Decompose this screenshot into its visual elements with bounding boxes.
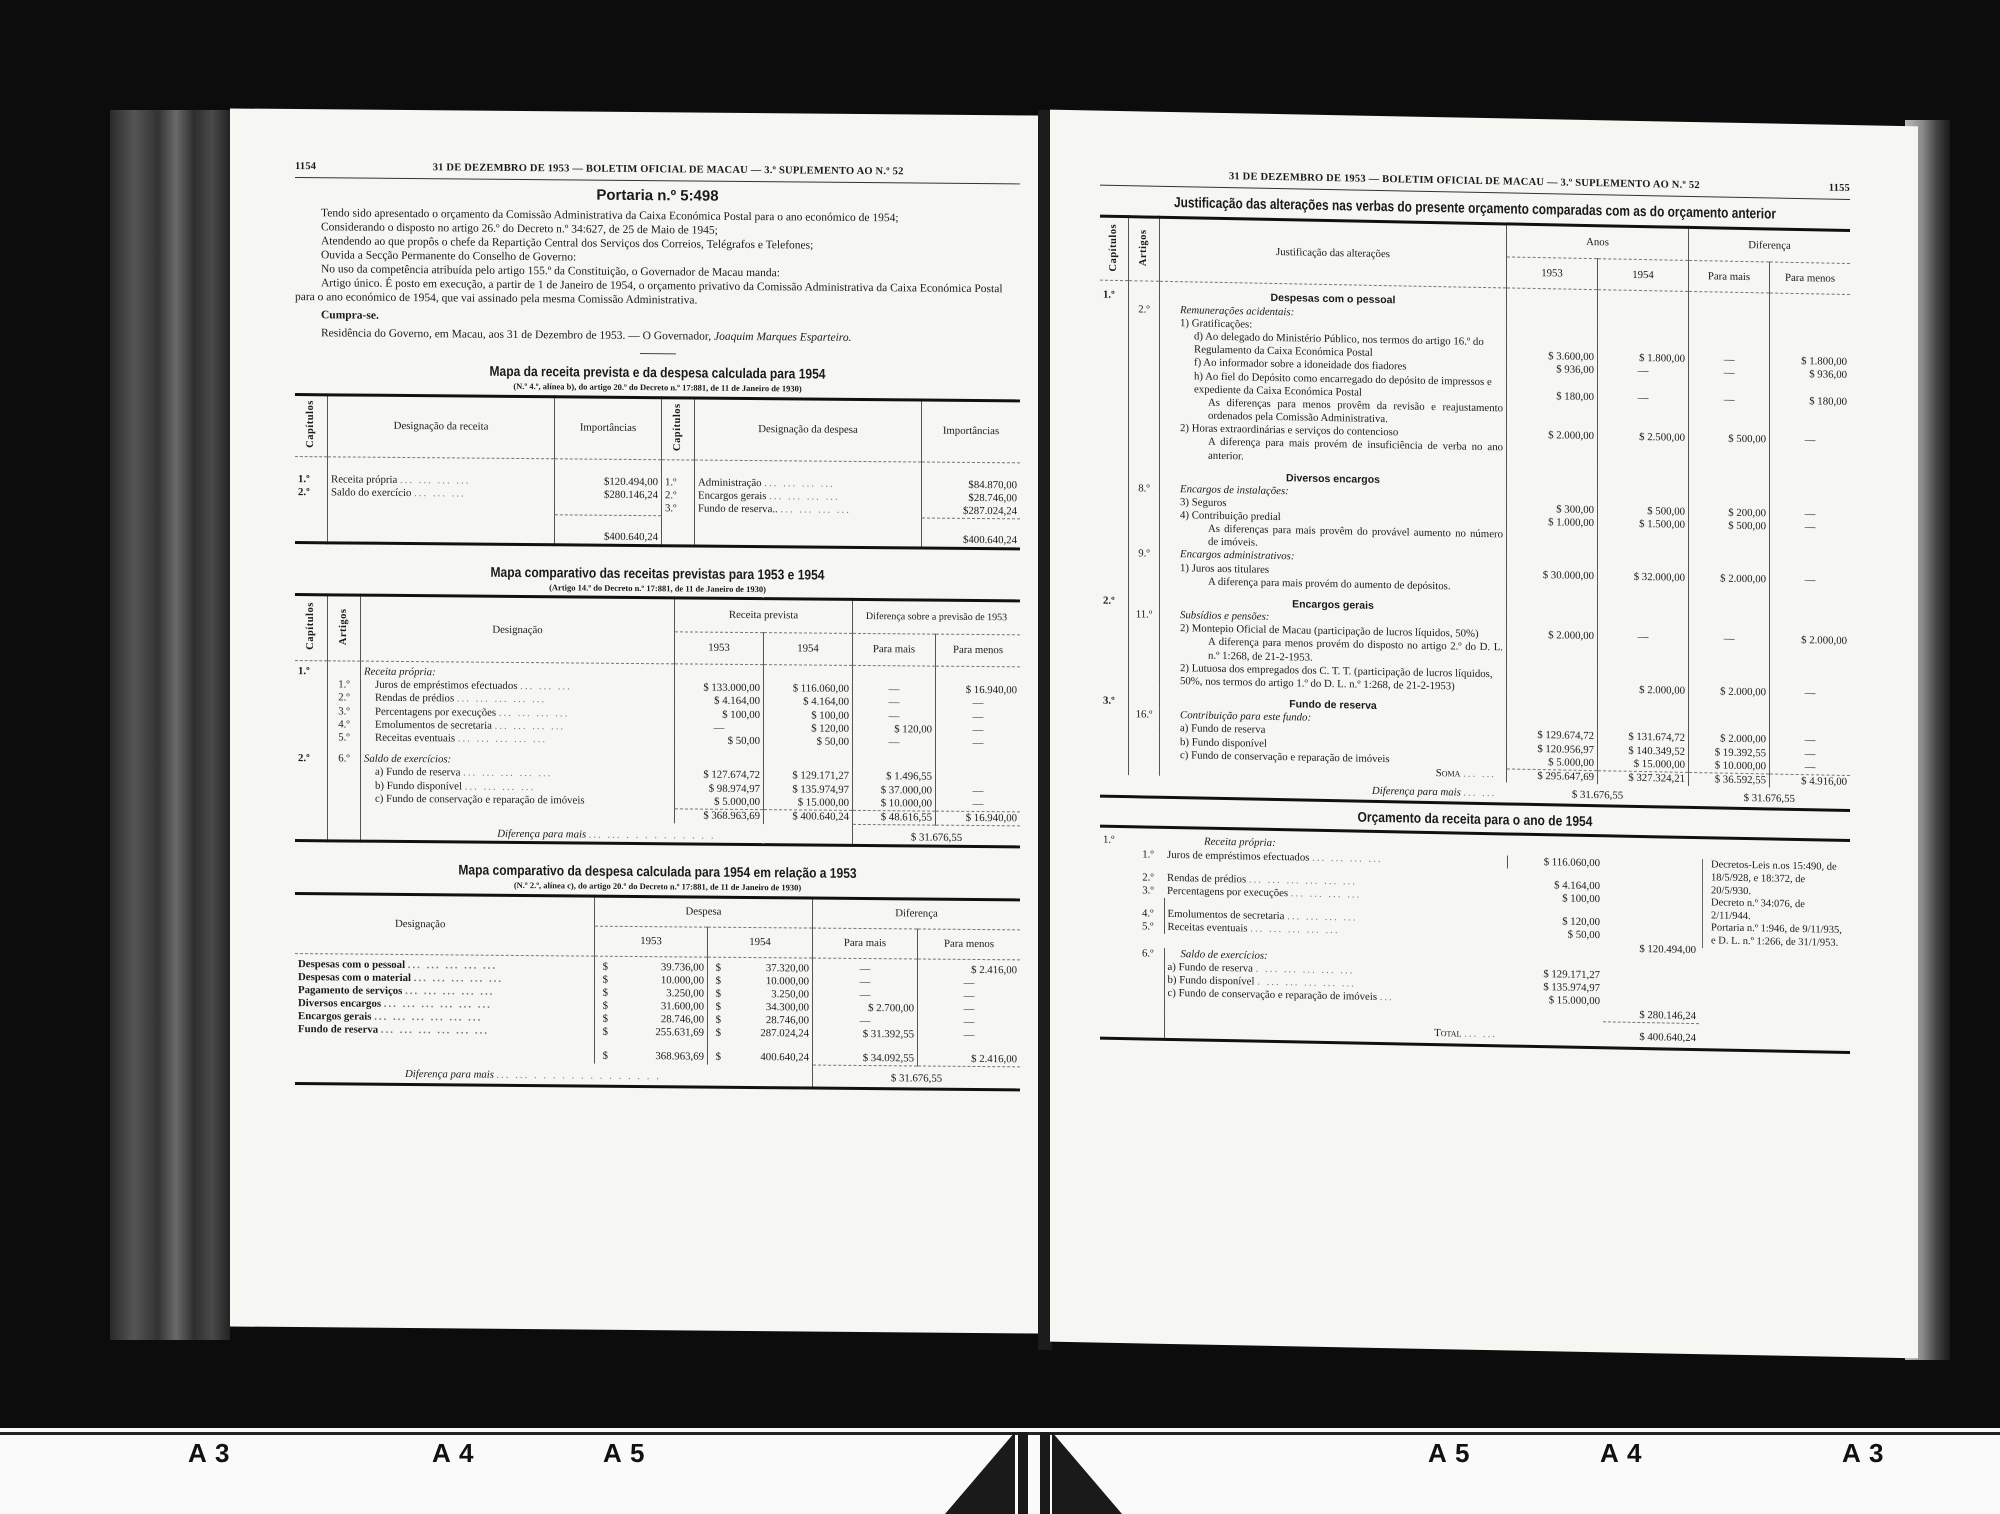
cell: Receitas eventuais (375, 732, 455, 745)
signatory: Joaquim Marques Esparteiro. (714, 331, 851, 344)
cell (1100, 721, 1129, 735)
cell: $ 120,00 (853, 723, 936, 737)
cell (1689, 292, 1770, 315)
col-header: Designação (361, 595, 675, 664)
film-marker: A 4 (432, 1438, 475, 1469)
cell: — (918, 1016, 1021, 1030)
cell (1770, 407, 1851, 435)
cell: Despesas com o pessoal (298, 958, 405, 971)
cell (1129, 461, 1160, 482)
cell (1100, 329, 1129, 356)
totals-row: $400.640,24 $400.640,24 (295, 513, 1020, 549)
col-header: 1954 (1598, 259, 1689, 292)
col-header: Para mais (1689, 261, 1770, 294)
center-wedge-left-icon (945, 1432, 1015, 1514)
left-page-content: 1154 31 DE DEZEMBRO DE 1953 — BOLETIM OF… (295, 161, 1020, 1091)
portaria-title: Portaria n.º 5:498 (295, 184, 1020, 209)
cell: a) Fundo de reserva (375, 766, 460, 779)
cell: 1.º (295, 661, 328, 679)
cell (1507, 594, 1598, 617)
cell: 2.º (662, 489, 695, 502)
cell (1129, 621, 1160, 635)
center-wedge-bar (1018, 1432, 1028, 1514)
cell: $ 2.000,00 (1598, 670, 1689, 698)
cell: Receitas eventuais (1168, 921, 1248, 935)
page-number: 1155 (1829, 183, 1850, 196)
cell (1129, 395, 1160, 422)
cell (1129, 722, 1160, 736)
cell: $ 100,00 (675, 708, 764, 722)
cell (1100, 621, 1129, 635)
cell (1770, 700, 1851, 723)
right-page: 31 DE DEZEMBRO DE 1953 — BOLETIM OFICIAL… (1050, 110, 1918, 1359)
cell: Fundo de reserva.. (698, 503, 778, 516)
cell: — (936, 710, 1021, 724)
cell: 9.º (1129, 548, 1160, 562)
cell (1507, 668, 1598, 696)
cell: 3.º (328, 705, 361, 718)
cell (1507, 288, 1598, 311)
portaria-paragraph: Artigo único. É posto em execução, a par… (295, 276, 1020, 310)
cell (1100, 608, 1129, 622)
col-header: Despesa (595, 896, 813, 929)
soma-label: Soma (1436, 768, 1461, 780)
cell: 10.000,00 (766, 975, 809, 987)
film-marker-label: A 5 (603, 1438, 646, 1468)
diferenca-label: Diferença para mais (1372, 785, 1461, 799)
cell: — (853, 736, 936, 750)
cell: $ 133.000,00 (675, 682, 764, 696)
film-marker-label: A 3 (1842, 1438, 1885, 1468)
cell (1129, 508, 1160, 522)
cell: 5.º (328, 731, 361, 744)
cell (1100, 315, 1129, 329)
cell (1689, 598, 1770, 621)
cell (1770, 599, 1851, 622)
cell: $ 50,00 (764, 735, 853, 749)
cell (1129, 495, 1160, 509)
mapa-comparativo-receitas-table: Capítulos Artigos Designação Receita pre… (295, 593, 1020, 848)
col-header: Diferença (813, 898, 1021, 931)
film-marker-label: A 4 (432, 1438, 475, 1468)
col-header: Designação da despesa (695, 398, 922, 462)
cell: 2.º (295, 744, 328, 765)
cell: 368.963,69 (655, 1051, 704, 1063)
cell (1689, 698, 1770, 721)
cell: Fundo de reserva (298, 1024, 378, 1037)
cell (1129, 316, 1160, 330)
cell (1689, 532, 1770, 560)
film-marker-label: A 3 (188, 1438, 231, 1468)
cell: $ 98.974,97 (675, 782, 764, 796)
cell (1770, 647, 1851, 675)
cell: — (853, 683, 936, 697)
cell: — (1689, 340, 1770, 368)
cell (1129, 521, 1160, 548)
cell (1598, 596, 1689, 619)
cell (1598, 470, 1689, 493)
cell: $ 1.800,00 (1598, 338, 1689, 366)
film-marker: A 5 (603, 1438, 646, 1469)
cell: 16.º (1129, 708, 1160, 722)
cell: $ 2.000,00 (1689, 672, 1770, 700)
col-header: Capítulos (672, 403, 685, 451)
cell: — (853, 710, 936, 724)
cell (1598, 696, 1689, 719)
film-marker: A 5 (1428, 1438, 1471, 1469)
cell: 1.º (1100, 281, 1129, 303)
cell: 287.024,24 (968, 505, 1017, 517)
total-despesa: 400.640,24 (968, 533, 1017, 545)
cell (1129, 748, 1160, 762)
cell: $ 4.164,00 (764, 696, 853, 710)
cell: 1.º (1132, 848, 1164, 862)
cell (1100, 547, 1129, 561)
film-marker: A 3 (1842, 1438, 1885, 1469)
cell: 280.146,24 (609, 489, 658, 501)
cell: b) Fundo disponível (1168, 974, 1255, 988)
cell: 37.320,00 (766, 962, 809, 974)
cell (1100, 734, 1129, 748)
cell (1689, 645, 1770, 673)
cell (1770, 293, 1851, 316)
col-header: Designação da receita (328, 394, 555, 458)
col-header: Capítulos (1108, 223, 1121, 271)
cell (1507, 468, 1598, 491)
cell: $ 180,00 (1507, 376, 1598, 404)
cell: $ 4.164,00 (675, 695, 764, 709)
cell: — (918, 976, 1021, 990)
cell: $ 3.600,00 (1507, 336, 1598, 364)
diferenca-value: $ 31.676,55 (853, 824, 1021, 847)
cell: 400.640,24 (760, 1052, 809, 1064)
cell: $ 180,00 (1770, 381, 1851, 409)
cell: $ 34.092,55 (813, 1041, 918, 1066)
cell: 120.494,00 (609, 475, 658, 487)
cell: 28.746,00 (974, 492, 1017, 504)
cell (1129, 421, 1160, 435)
cell: Saldo de exercícios: (361, 745, 675, 769)
col-header: Receita prevista (675, 598, 853, 633)
cell: — (936, 723, 1021, 737)
page-number: 1154 (295, 161, 316, 174)
cell: — (813, 958, 918, 977)
cell (1100, 634, 1129, 661)
cell: 1.º (662, 459, 695, 489)
cell: 3.º (1100, 687, 1129, 709)
cell: Percentagens por execuções (375, 705, 496, 718)
cell: $ 10.000,00 (853, 797, 936, 811)
cell: — (936, 784, 1021, 798)
divider (640, 353, 676, 354)
cell (1129, 687, 1160, 709)
running-head-left: 1154 31 DE DEZEMBRO DE 1953 — BOLETIM OF… (295, 161, 1020, 184)
cell: 10.000,00 (661, 974, 704, 986)
cell (1129, 587, 1160, 609)
cell: $ 127.674,72 (675, 769, 764, 783)
book-page-edges-left (110, 110, 230, 1340)
cell (1100, 394, 1129, 421)
left-page: 1154 31 DE DEZEMBRO DE 1953 — BOLETIM OF… (230, 108, 1038, 1333)
cell: $ 37.000,00 (853, 783, 936, 797)
cell: 39.736,00 (661, 961, 704, 973)
cell (1129, 369, 1160, 396)
cell: 11.º (1129, 608, 1160, 622)
cell: 8.º (1129, 482, 1160, 496)
cell: 6.º (1132, 947, 1164, 961)
legal-ref: Portaria n.º 1:946, de 9/11/935, e D. L.… (1711, 923, 1847, 951)
justificacao-table: Capítulos Artigos Justificação das alter… (1100, 215, 1850, 812)
cell (1100, 368, 1129, 395)
cell: Administração (698, 476, 762, 489)
cell: 4.º (328, 718, 361, 731)
center-wedge-bar (1040, 1432, 1050, 1514)
justificacao-body: 1.ºDespesas com o pessoal2.ºRemunerações… (1100, 281, 1850, 776)
diferenca-value: $ 31.676,55 (1689, 786, 1851, 811)
cell: 1.º (295, 456, 328, 486)
cell: Saldo do exercício (331, 486, 411, 499)
cell (1689, 445, 1770, 473)
cell: Encargos gerais (298, 1010, 371, 1023)
cell: 3.250,00 (666, 987, 704, 999)
cell (1100, 560, 1129, 574)
cell: Despesas com o material (298, 971, 411, 984)
cell: $ 1.800,00 (1770, 341, 1851, 369)
cell: — (936, 737, 1021, 751)
legal-ref: Decretos-Leis n.os 15:490, de 18/5/928, … (1711, 860, 1847, 900)
cell: 31.600,00 (661, 1000, 704, 1012)
running-head-title: 31 DE DEZEMBRO DE 1953 — BOLETIM OFICIAL… (316, 161, 1020, 180)
col-header: Capítulos (305, 400, 318, 448)
col-header: Diferença (1689, 228, 1851, 264)
cell: $ 368.963,69 (675, 809, 764, 824)
cell (1100, 355, 1129, 369)
cell: $ 1.496,55 (853, 770, 936, 784)
right-page-content: 31 DE DEZEMBRO DE 1953 — BOLETIM OFICIAL… (1100, 169, 1850, 1055)
col-header: 1953 (1507, 257, 1598, 290)
cell: $ 31.392,55 (813, 1028, 918, 1042)
cell (1100, 421, 1129, 435)
cell: 28.746,00 (661, 1014, 704, 1026)
cell: $ 16.940,00 (936, 684, 1021, 698)
cell (1770, 534, 1851, 562)
col-header: Designação (295, 893, 595, 956)
cell (1598, 404, 1689, 432)
cell (1129, 661, 1160, 688)
cell: 287.024,24 (760, 1028, 809, 1040)
col-header: Importâncias (555, 396, 662, 459)
cell: $ 2.416,00 (918, 959, 1021, 978)
cell: $ 50,00 (675, 734, 764, 748)
cell: $ 5.000,00 (675, 795, 764, 809)
cell: 84.870,00 (974, 479, 1017, 491)
cell: 255.631,69 (655, 1027, 704, 1039)
col-header: Para mais (853, 633, 936, 666)
cell: 2.º (1132, 861, 1164, 885)
cell: 2.º (295, 486, 328, 499)
cell (1129, 435, 1160, 462)
cell: $ 120,00 (764, 722, 853, 736)
cell: — (918, 1003, 1021, 1017)
cell: 2.º (1129, 303, 1160, 317)
cell (1100, 507, 1129, 521)
mapa-comparativo-despesa-table: Designação Despesa Diferença 1953 1954 P… (295, 892, 1020, 1092)
col-header: Artigos (338, 608, 351, 645)
cell: $ 400.640,24 (764, 809, 853, 824)
diferenca-label: Diferença para mais (405, 1068, 494, 1081)
cell: — (1770, 673, 1851, 701)
cell: — (813, 1015, 918, 1029)
cell: — (1598, 378, 1689, 406)
cell (1129, 574, 1160, 588)
cell: $ 100,00 (764, 709, 853, 723)
cell (1598, 644, 1689, 672)
cell: 3.250,00 (771, 988, 809, 1000)
cell: $ 16.940,00 (936, 811, 1021, 826)
cell (1129, 635, 1160, 662)
cell (1100, 460, 1129, 481)
col-header: 1954 (708, 928, 813, 958)
diferenca-label: Diferença para mais (497, 827, 586, 840)
total-label: Total (1434, 1027, 1461, 1040)
total: $ 400.640,24 (1603, 1022, 1699, 1050)
cell (1598, 444, 1689, 472)
cell (1507, 528, 1598, 556)
cell (1129, 329, 1160, 356)
cell: — (1689, 379, 1770, 407)
cell: 2.º (1100, 587, 1129, 609)
cell: — (675, 721, 764, 735)
cell (1100, 494, 1129, 508)
cell (1507, 695, 1598, 718)
film-marker: A 4 (1600, 1438, 1643, 1469)
cell: $ 48.616,55 (853, 810, 936, 825)
col-header: Para menos (1770, 262, 1851, 295)
cell: — (936, 697, 1021, 711)
col-header: Capítulos (305, 602, 318, 650)
cell: c) Fundo de conservação e reparação de i… (375, 792, 585, 806)
cell: $ 2.700,00 (813, 1002, 918, 1016)
cell (1507, 642, 1598, 670)
cell: 3.º (662, 502, 695, 516)
cell (1598, 290, 1689, 313)
cell (1100, 747, 1129, 761)
cell: 28.746,00 (766, 1014, 809, 1026)
cell (936, 771, 1021, 785)
cell: — (918, 989, 1021, 1003)
cell: 1.º (328, 679, 361, 692)
legal-references: Decretos-Leis n.os 15:490, de 18/5/928, … (1702, 860, 1847, 951)
cell: $ 15.000,00 (764, 796, 853, 810)
cell: $ 135.974,97 (764, 783, 853, 797)
cell: Juros de empréstimos efectuados (1167, 848, 1309, 863)
legal-ref: Decreto n.º 34:076, de 2/11/944. (1711, 898, 1847, 926)
cell: Emolumentos de secretaria (1168, 908, 1285, 922)
cell: $ 4.164,00 (1507, 868, 1603, 893)
cell: 6.º (328, 744, 361, 765)
col-header: Para menos (918, 929, 1021, 959)
cell (1100, 302, 1129, 316)
cell (1770, 473, 1851, 495)
col-header: Para menos (936, 634, 1021, 667)
col-header: 1953 (675, 632, 764, 665)
cell: Diversos encargos (298, 997, 381, 1010)
cell (1129, 281, 1160, 303)
cell: Rendas de prédios (375, 692, 454, 705)
cell: Receita própria (331, 473, 397, 486)
cell: Encargos gerais (698, 489, 766, 502)
orcamento-receita-table: 1.ºReceita própria: Decretos-Leis n.os 1… (1100, 825, 1850, 1054)
cell: 3.º (1132, 884, 1164, 898)
cell: 2.º (328, 692, 361, 705)
col-header: Importâncias (922, 400, 1021, 463)
diferenca-value: $ 31.676,55 (1507, 783, 1689, 808)
cell (1129, 356, 1160, 370)
col-header: Anos (1507, 224, 1689, 260)
cell: 34.300,00 (766, 1001, 809, 1013)
cell: Percentagens por execuções (1167, 885, 1288, 899)
running-head-title: 31 DE DEZEMBRO DE 1953 — BOLETIM OFICIAL… (1100, 169, 1829, 196)
total-receita: 400.640,24 (609, 530, 658, 542)
cell: Pagamento de serviços (298, 984, 402, 997)
cell (1100, 521, 1129, 548)
diferenca-value: $ 31.676,55 (813, 1065, 1021, 1089)
cell: Juros de empréstimos efectuados (375, 679, 517, 692)
col-header: 1954 (764, 633, 853, 666)
portaria-paragraph: Cumpra-se. (295, 308, 1020, 328)
cell (1100, 481, 1129, 495)
cell: — (813, 989, 918, 1003)
cell: a) Fundo de reserva (1168, 961, 1253, 975)
cell: 5.º (1132, 920, 1164, 934)
cell: $ 120,00 (1507, 905, 1603, 930)
center-wedge-right-icon (1052, 1432, 1122, 1514)
cell (1100, 708, 1129, 722)
cell: $ 2.416,00 (918, 1042, 1021, 1067)
cell (1507, 442, 1598, 470)
cell (1129, 561, 1160, 575)
cell: Rendas de prédios (1167, 872, 1246, 886)
cell: b) Fundo disponível (375, 779, 462, 792)
cell (1598, 530, 1689, 558)
cell: — (936, 797, 1021, 811)
cell (1100, 660, 1129, 687)
col-header: Diferença sobre a previsão de 1953 (853, 600, 1021, 635)
col-header: 1953 (595, 927, 708, 957)
film-marker: A 3 (188, 1438, 231, 1469)
cell: $ 129.171,27 (764, 769, 853, 783)
portaria-signature: Residência do Governo, em Macau, aos 31 … (295, 326, 1020, 346)
cell: — (918, 1029, 1021, 1043)
cell (1770, 447, 1851, 475)
film-marker-label: A 4 (1600, 1438, 1643, 1468)
cell (1507, 402, 1598, 430)
cell (1100, 434, 1129, 461)
cell (1689, 406, 1770, 434)
cell: 4.º (1132, 897, 1164, 921)
cell: — (813, 975, 918, 989)
signature-line: Residência do Governo, em Macau, aos 31 … (321, 327, 711, 342)
cell: $ 116.060,00 (764, 682, 853, 696)
cell: 1.º (1100, 827, 1132, 848)
cell: — (853, 696, 936, 710)
film-marker-label: A 5 (1428, 1438, 1471, 1468)
col-header: Para mais (813, 928, 918, 958)
mapa-receita-despesa-table: Capítulos Designação da receita Importân… (295, 393, 1020, 550)
cell (1129, 735, 1160, 749)
col-header: Justificação das alterações (1160, 218, 1507, 289)
cell: Emolumentos de secretaria (375, 719, 492, 732)
